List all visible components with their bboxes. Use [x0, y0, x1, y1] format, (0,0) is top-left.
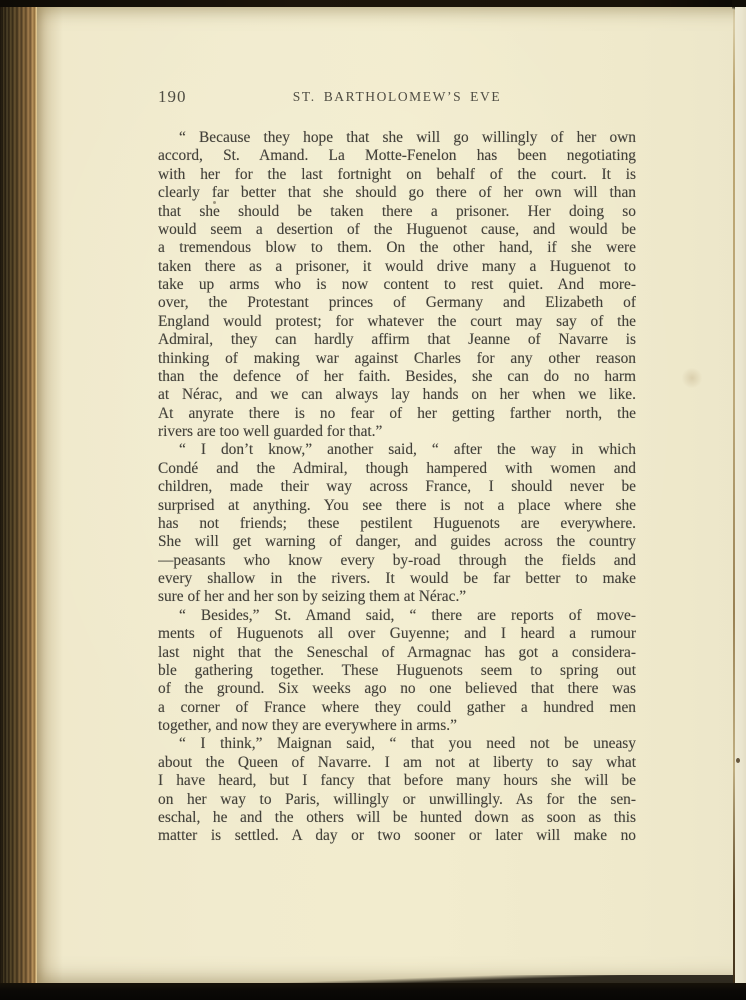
text-line: a tremendous blow to them. On the other … [158, 239, 636, 257]
text-line: over, the Protestant princes of Germany … [158, 294, 636, 312]
text-line: She will get warning of danger, and guid… [158, 533, 636, 551]
text-line: a corner of France where they could gath… [158, 699, 636, 717]
text-line: than the defence of her faith. Besides, … [158, 368, 636, 386]
text-line: every shallow in the rivers. It would be… [158, 570, 636, 588]
page-crease-line [733, 10, 735, 983]
text-line: ble gathering together. These Huguenots … [158, 662, 636, 680]
text-line: accord, St. Amand. La Motte-Fenelon has … [158, 147, 636, 165]
text-line: clearly far better that she should go th… [158, 184, 636, 202]
paragraph: “ I don’t know,” another said, “ after t… [158, 441, 636, 606]
text-line: At anyrate there is no fear of her getti… [158, 405, 636, 423]
text-line: matter is settled. A day or two sooner o… [158, 827, 636, 845]
page-edge-shadow [37, 4, 63, 986]
text-line: surprised at anything. You see there is … [158, 497, 636, 515]
text-line: —peasants who know every by-road through… [158, 552, 636, 570]
text-line: together, and now they are everywhere in… [158, 717, 636, 735]
paragraph: “ I think,” Maignan said, “ that you nee… [158, 735, 636, 845]
book-scan: 190 ST. BARTHOLOMEW’S EVE “ Because they… [0, 0, 746, 1000]
running-title: ST. BARTHOLOMEW’S EVE [158, 89, 636, 105]
text-line: take up arms who is now content to rest … [158, 276, 636, 294]
text-line: with her for the last fortnight on behal… [158, 166, 636, 184]
text-line: thinking of making war against Charles f… [158, 350, 636, 368]
text-line: sure of her and her son by seizing them … [158, 588, 636, 606]
text-line: ments of Huguenots all over Guyenne; and… [158, 625, 636, 643]
text-line: on her way to Paris, willingly or unwill… [158, 791, 636, 809]
bottom-cover-band [0, 983, 746, 1000]
body-text: “ Because they hope that she will go wil… [158, 129, 636, 846]
text-line: rivers are too well guarded for that.” [158, 423, 636, 441]
text-line: that she should be taken there a prisone… [158, 203, 636, 221]
text-line: has not friends; these pestilent Hugueno… [158, 515, 636, 533]
text-line: “ Besides,” St. Amand said, “ there are … [158, 607, 636, 625]
text-line: taken there as a prisoner, it would driv… [158, 258, 636, 276]
text-line: at Nérac, and we can always lay hands on… [158, 386, 636, 404]
text-line: Condé and the Admiral, though hampered w… [158, 460, 636, 478]
paragraph: “ Besides,” St. Amand said, “ there are … [158, 607, 636, 736]
text-line: “ I think,” Maignan said, “ that you nee… [158, 735, 636, 753]
right-page-strip [735, 7, 746, 983]
edge-speck [736, 758, 740, 763]
text-line: would seem a desertion of the Huguenot c… [158, 221, 636, 239]
text-line: about the Queen of Navarre. I am not at … [158, 754, 636, 772]
text-line: last night that the Seneschal of Armagna… [158, 644, 636, 662]
stacked-page-edges [0, 4, 37, 986]
text-line: I have heard, but I fancy that before ma… [158, 772, 636, 790]
text-line: “ Because they hope that she will go wil… [158, 129, 636, 147]
text-line: children, made their way across France, … [158, 478, 636, 496]
text-line: England would protest; for whatever the … [158, 313, 636, 331]
paragraph: “ Because they hope that she will go wil… [158, 129, 636, 441]
top-cover-band [0, 0, 746, 7]
page-header: 190 ST. BARTHOLOMEW’S EVE [158, 87, 636, 107]
text-line: of the ground. Six weeks ago no one beli… [158, 680, 636, 698]
text-line: “ I don’t know,” another said, “ after t… [158, 441, 636, 459]
text-line: eschal, he and the others will be hunted… [158, 809, 636, 827]
paper-smudge [681, 368, 703, 388]
text-line: Admiral, they can hardly affirm that Jea… [158, 331, 636, 349]
